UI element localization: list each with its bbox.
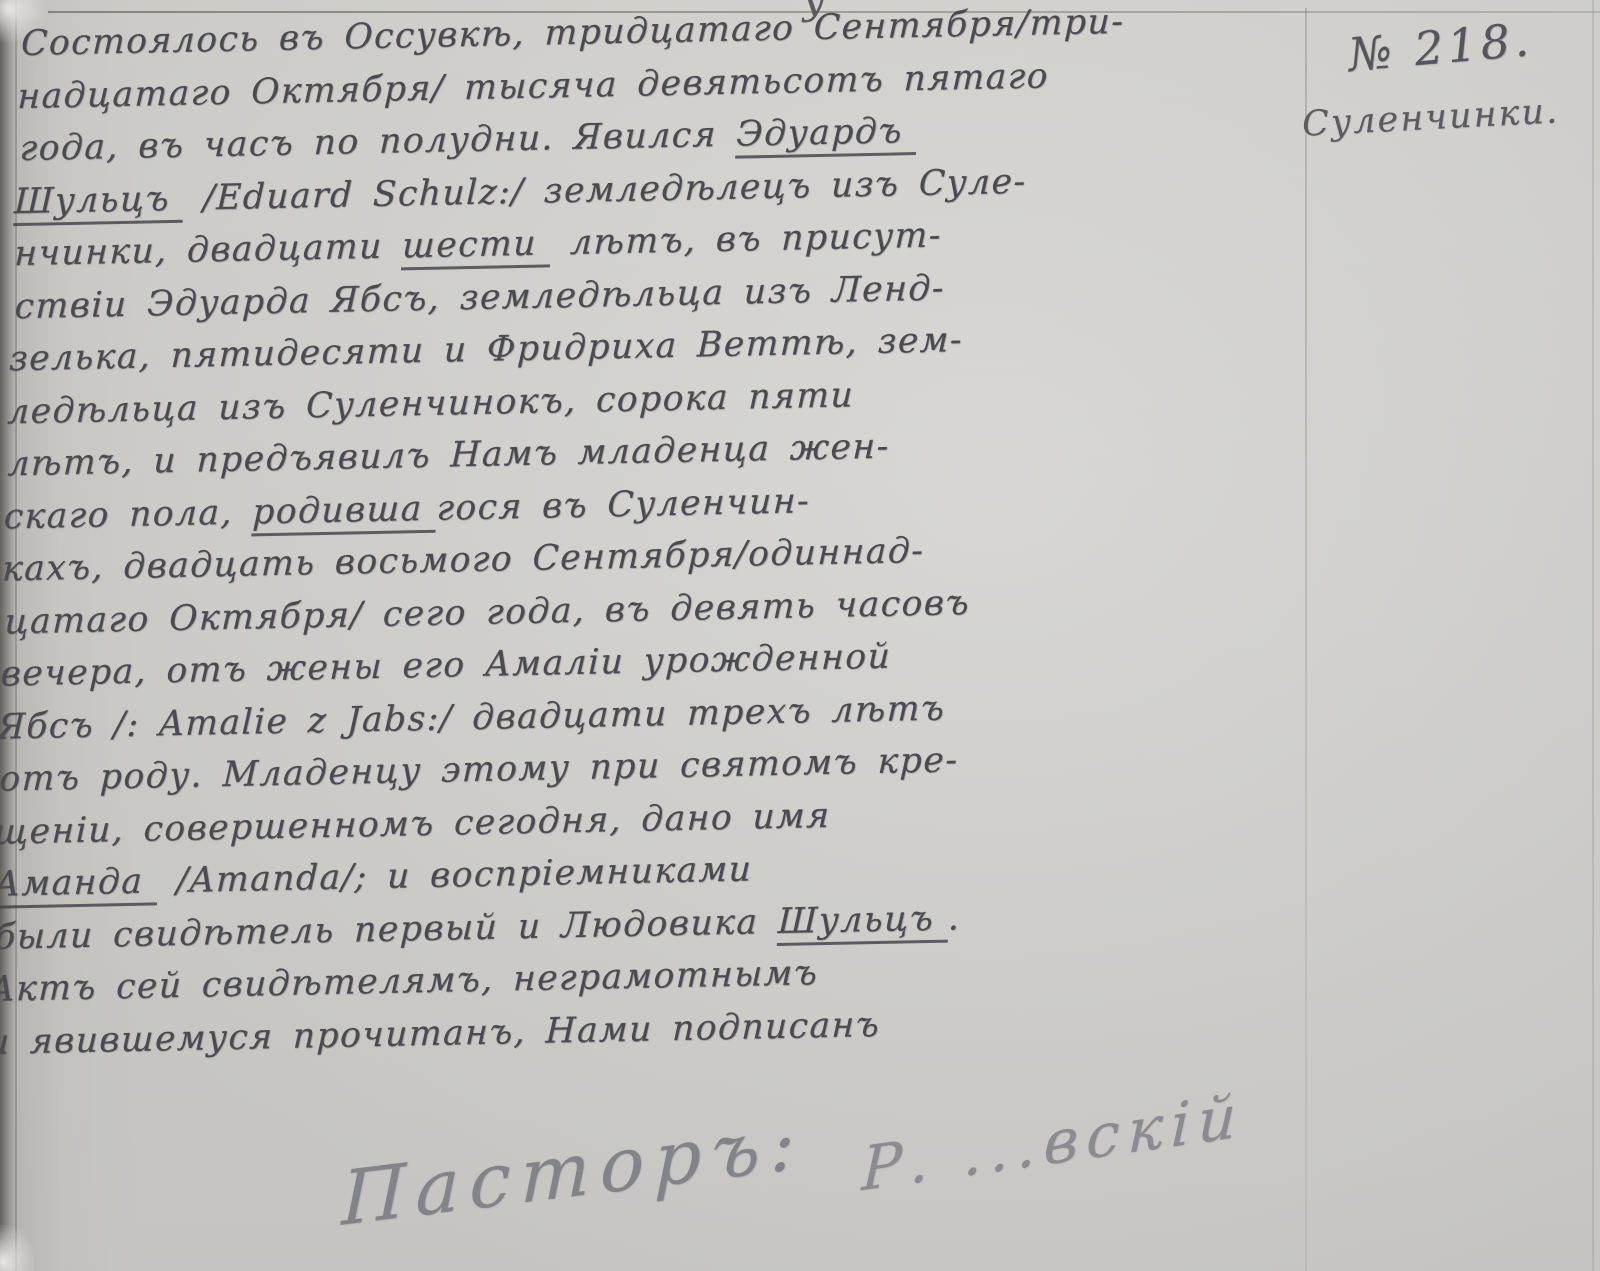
underlined-record-text: Шульцъ: [777, 898, 949, 945]
record-text-segment: /Amanda/; и воспріемниками: [157, 849, 754, 901]
record-text-segment: .: [947, 898, 961, 938]
record-text-segment: нчинки, двадцати: [14, 226, 403, 274]
margin-column-divider: [1305, 8, 1307, 1271]
record-body-text: Состоялось въ Оссувкѣ, тридцатаго Сентяб…: [0, 0, 1312, 1069]
paper-light-patch-bottom: [0, 1225, 34, 1271]
record-text-segment: гося въ Суленчин-: [436, 481, 811, 529]
underlined-record-text: родивша: [252, 488, 438, 536]
record-text-segment: были свидѣтель первый и Людовика: [0, 901, 778, 957]
page-right-edge-line: [1592, 0, 1594, 1271]
record-margin-place-note: Суленчинки.: [1301, 91, 1560, 144]
pastor-signature: Р. ...вскій: [861, 1081, 1246, 1206]
pastor-title-handwriting: Пасторъ:: [341, 1099, 805, 1243]
underlined-record-text: Аманда: [0, 861, 158, 908]
record-text-segment: лѣтъ, въ присут-: [550, 216, 942, 264]
underlined-record-text: Шульцъ: [13, 178, 184, 225]
record-text-segment: года, въ часъ по полудни. Явился: [19, 115, 737, 169]
underlined-record-text: шести: [401, 223, 551, 270]
record-text-segment: и явившемуся прочитанъ, Нами подписанъ: [0, 1004, 881, 1062]
underlined-record-text: Эдуардъ: [736, 111, 918, 159]
scanned-register-page: у Состоялось въ Оссувкѣ, тридцатаго Сент…: [0, 0, 1600, 1271]
record-number: № 218.: [1346, 12, 1535, 82]
record-text-segment: скаго пола,: [3, 492, 253, 537]
